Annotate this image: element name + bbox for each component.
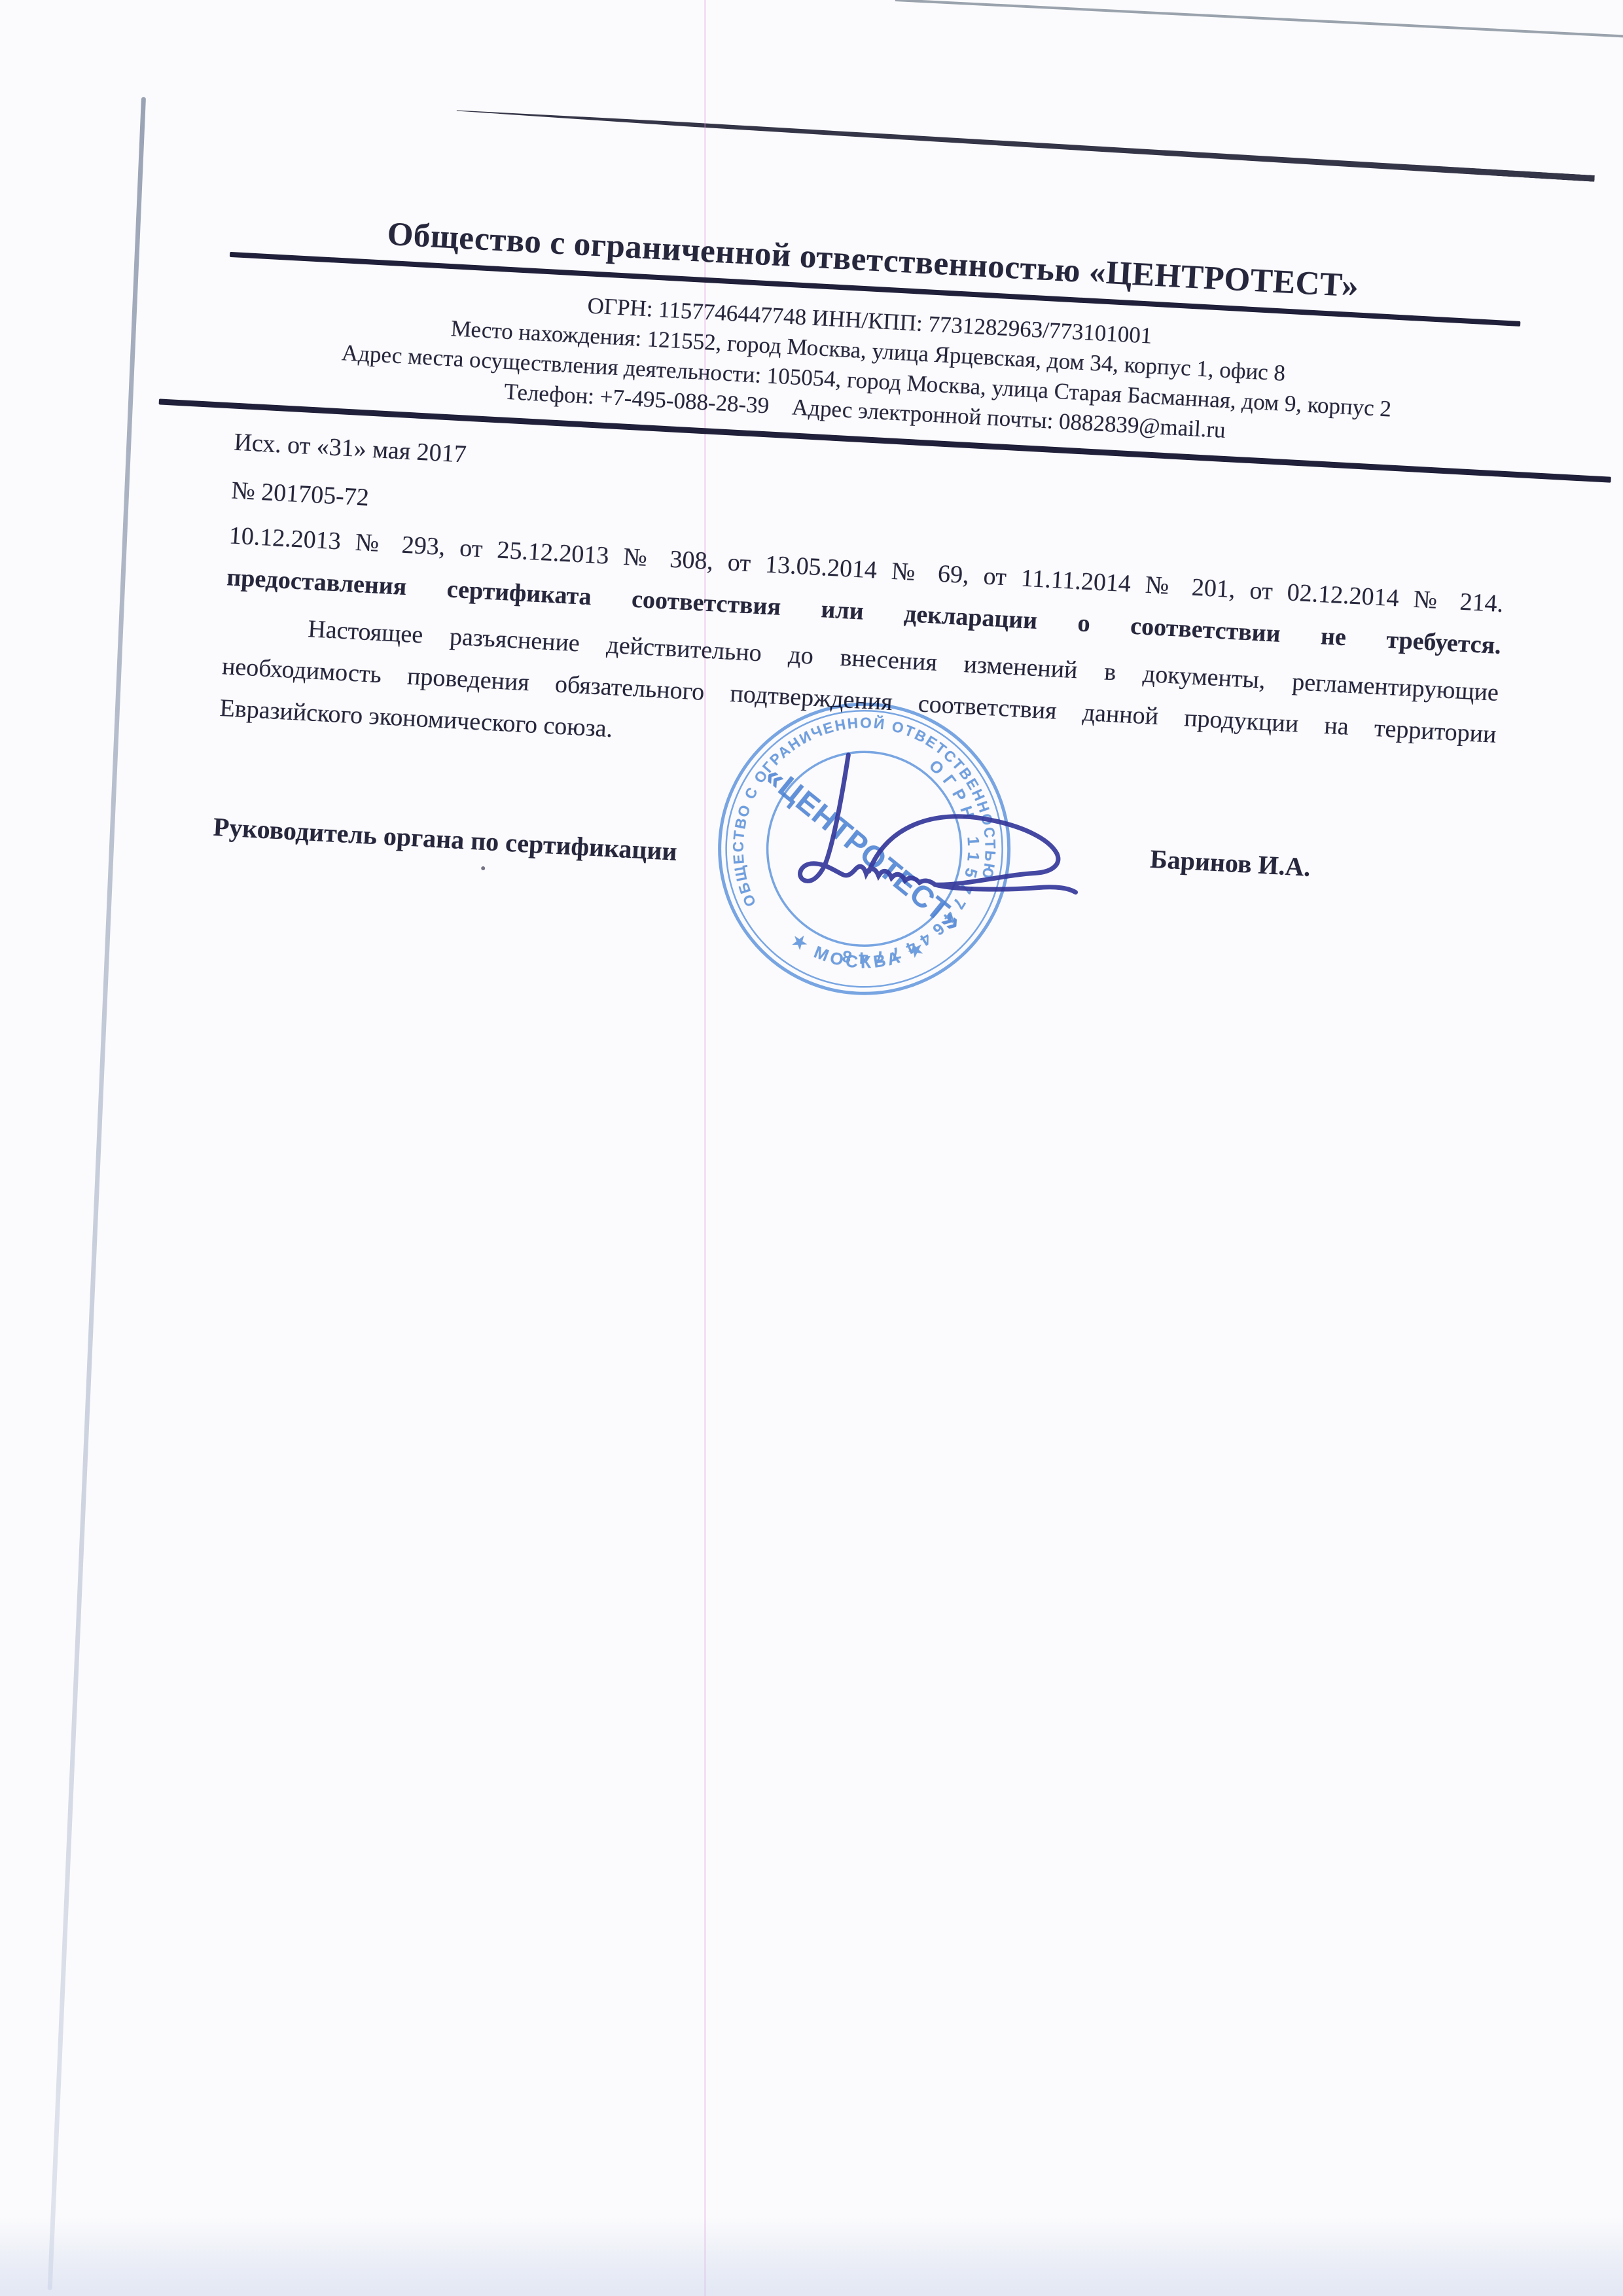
letter-content: Общество с ограниченной ответственностью… <box>79 167 1623 1090</box>
scan-noise-band <box>0 2217 1623 2296</box>
handwritten-signature-icon <box>673 742 1087 927</box>
letterhead-top-border <box>456 107 1594 182</box>
signer-position-label: Руководитель органа по сертификации <box>213 811 678 866</box>
signer-name: Баринов И.А. <box>1149 843 1311 882</box>
signature-block: Руководитель органа по сертификации Бари… <box>203 800 1489 1084</box>
letter-body: Исх. от «31» мая 2017 № 201705-72 10.12.… <box>203 425 1509 1084</box>
scan-artifact-line-top <box>895 0 1623 38</box>
scan-dot-artifact <box>481 866 485 870</box>
